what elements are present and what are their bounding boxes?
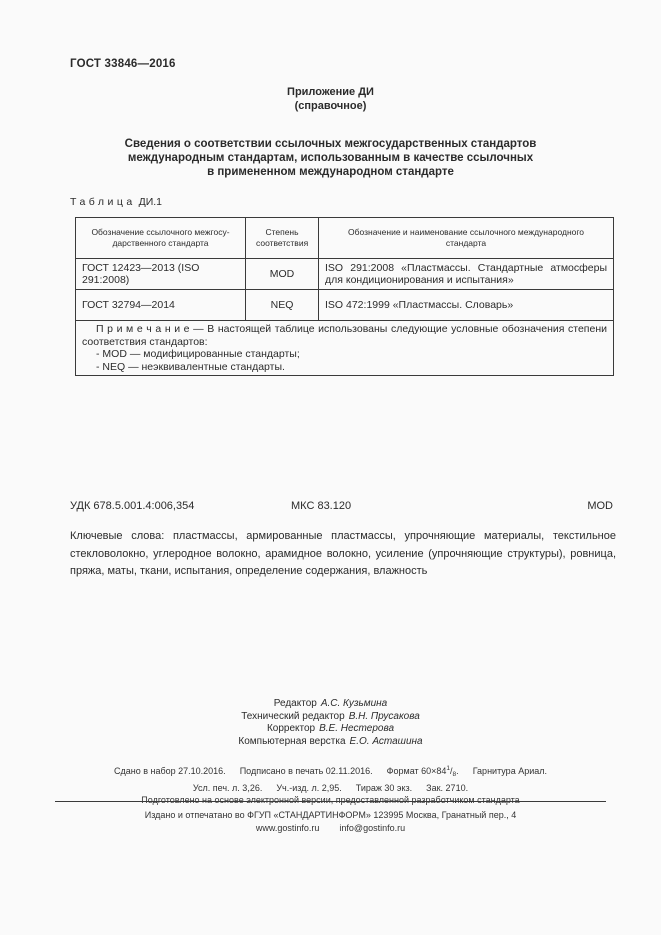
title-line-1: Сведения о соответствии ссылочных межгос… xyxy=(0,137,661,151)
imprint-signed-date: Подписано в печать 02.11.2016. xyxy=(240,766,373,776)
document-page: ГОСТ 33846—2016 Приложение ДИ (справочно… xyxy=(0,0,661,935)
appendix-label: Приложение ДИ xyxy=(0,86,661,100)
keywords-paragraph: Ключевые слова: пластмассы, армированные… xyxy=(70,528,616,581)
credit-name: В.Н. Прусакова xyxy=(349,711,420,722)
credit-name: Е.О. Асташина xyxy=(350,736,423,747)
cell-international-standard: ISO 291:2008 «Пластмассы. Стандартные ат… xyxy=(319,259,614,290)
cell-degree: NEQ xyxy=(246,290,319,321)
header-international-standard: Обозначение и наименование ссылочного ме… xyxy=(319,218,614,259)
format-dot: . xyxy=(456,766,459,776)
header-degree: Степень соответствия xyxy=(246,218,319,259)
page-title: Сведения о соответствии ссылочных межгос… xyxy=(0,137,661,179)
credit-role: Редактор xyxy=(274,698,317,709)
note-item-mod: - MOD — модифицированные стандарты; xyxy=(82,348,607,361)
degree-code: MOD xyxy=(587,500,613,512)
standard-number: ГОСТ 33846—2016 xyxy=(70,58,176,70)
imprint-set-date: Сдано в набор 27.10.2016. xyxy=(114,766,226,776)
header-national-standard: Обозначение ссылочного межгосу-дарственн… xyxy=(76,218,246,259)
credit-name: А.С. Кузьмина xyxy=(321,698,387,709)
publisher-website: www.gostinfo.ru xyxy=(256,823,320,833)
credit-role: Компьютерная верстка xyxy=(238,736,345,747)
imprint-typeface: Гарнитура Ариал. xyxy=(473,766,547,776)
cell-international-standard: ISO 472:1999 «Пластмассы. Словарь» xyxy=(319,290,614,321)
note-item-neq: - NEQ — неэквивалентные стандарты. xyxy=(82,361,607,374)
appendix-kind: (справочное) xyxy=(0,100,661,114)
publisher-block: Издано и отпечатано во ФГУП «СТАНДАРТИНФ… xyxy=(0,809,661,835)
imprint-conv-sheets: Усл. печ. л. 3,26. xyxy=(193,783,262,793)
publisher-contacts: www.gostinfo.ruinfo@gostinfo.ru xyxy=(0,822,661,835)
credit-layout: Компьютерная версткаЕ.О. Асташина xyxy=(0,736,661,749)
table-caption-number: ДИ.1 xyxy=(139,196,162,208)
cell-national-standard: ГОСТ 12423—2013 (ISO 291:2008) xyxy=(76,259,246,290)
imprint-line-1: Сдано в набор 27.10.2016.Подписано в печ… xyxy=(0,763,661,782)
credit-technical-editor: Технический редакторВ.Н. Прусакова xyxy=(0,711,661,724)
table-header-row: Обозначение ссылочного межгосу-дарственн… xyxy=(76,218,614,259)
cell-national-standard: ГОСТ 32794—2014 xyxy=(76,290,246,321)
imprint-circulation: Тираж 30 экз. xyxy=(356,783,412,793)
table-note-row: П р и м е ч а н и е — В настоящей таблиц… xyxy=(76,321,614,376)
note-intro: П р и м е ч а н и е — В настоящей таблиц… xyxy=(82,323,607,348)
table-note: П р и м е ч а н и е — В настоящей таблиц… xyxy=(76,321,614,376)
credit-proofreader: КорректорВ.Е. Нестерова xyxy=(0,723,661,736)
table-row: ГОСТ 32794—2014 NEQ ISO 472:1999 «Пластм… xyxy=(76,290,614,321)
table-row: ГОСТ 12423—2013 (ISO 291:2008) MOD ISO 2… xyxy=(76,259,614,290)
cell-degree: MOD xyxy=(246,259,319,290)
credit-role: Технический редактор xyxy=(241,711,344,722)
imprint-line-2: Усл. печ. л. 3,26.Уч.-изд. л. 2,95.Тираж… xyxy=(0,782,661,795)
publisher-email: info@gostinfo.ru xyxy=(339,823,405,833)
imprint-order: Зак. 2710. xyxy=(426,783,468,793)
table-caption: Таблица ДИ.1 xyxy=(70,196,162,208)
mks-code: МКС 83.120 xyxy=(291,500,351,512)
table-caption-word: Таблица xyxy=(70,196,136,208)
credit-role: Корректор xyxy=(267,723,315,734)
appendix-heading: Приложение ДИ (справочное) xyxy=(0,86,661,113)
credit-editor: РедакторА.С. Кузьмина xyxy=(0,698,661,711)
credits-block: РедакторА.С. Кузьмина Технический редакт… xyxy=(0,698,661,748)
imprint-format: Формат 60×841/8. xyxy=(387,766,459,776)
title-line-2: международным стандартам, использованным… xyxy=(0,151,661,165)
imprint-block: Сдано в набор 27.10.2016.Подписано в печ… xyxy=(0,763,661,807)
udk-code: УДК 678.5.001.4:006,354 xyxy=(70,500,194,512)
publisher-address: Издано и отпечатано во ФГУП «СТАНДАРТИНФ… xyxy=(0,809,661,822)
imprint-edit-sheets: Уч.-изд. л. 2,95. xyxy=(276,783,341,793)
title-line-3: в примененном международном стандарте xyxy=(0,165,661,179)
credit-name: В.Е. Нестерова xyxy=(319,723,394,734)
correspondence-table: Обозначение ссылочного межгосу-дарственн… xyxy=(75,217,614,376)
footer-divider xyxy=(55,801,606,802)
